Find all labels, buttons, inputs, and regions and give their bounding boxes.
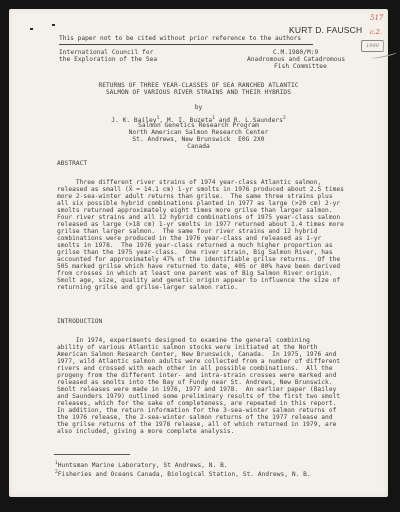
footnote-text: Huntsman Marine Laboratory, St Andrews, … xyxy=(58,462,228,469)
footnote-rule xyxy=(54,454,130,455)
notice-underline xyxy=(59,44,313,45)
council-line-2: the Exploration of the Sea xyxy=(59,56,157,63)
footnote-1: 1Huntsman Marine Laboratory, St Andrews,… xyxy=(55,460,228,469)
title-line-2: SALMON OF VARIOUS RIVER STRAINS AND THEI… xyxy=(9,89,388,96)
abstract-heading: ABSTRACT xyxy=(57,160,87,167)
committee-line-2: Fish Committee xyxy=(274,63,327,70)
footnote-ref-2: 2 xyxy=(283,116,286,121)
introduction-heading: INTRODUCTION xyxy=(57,318,102,325)
affiliation-line: Canada xyxy=(9,143,388,150)
citation-notice: This paper not to be cited without prior… xyxy=(59,35,301,42)
punch-mark xyxy=(52,24,55,26)
intro-line: also included, giving a more complete an… xyxy=(57,428,234,435)
by-line: by xyxy=(9,104,388,111)
abstract-line: returning grilse and grilse-larger salmo… xyxy=(57,284,238,291)
footnote-2: 2Fisheries and Oceans Canada, Biological… xyxy=(55,469,311,478)
owner-stamp: KURT D. FAUSCH xyxy=(289,25,362,35)
document-page: KURT D. FAUSCH 517 c.2. 1980 This paper … xyxy=(9,9,388,497)
handwritten-number: 517 xyxy=(370,14,383,22)
punch-mark xyxy=(30,28,33,30)
footnote-text: Fisheries and Oceans Canada, Biological … xyxy=(58,471,311,478)
handwritten-copy: c.2. xyxy=(370,28,382,36)
handwritten-year: 1980 xyxy=(361,40,384,52)
